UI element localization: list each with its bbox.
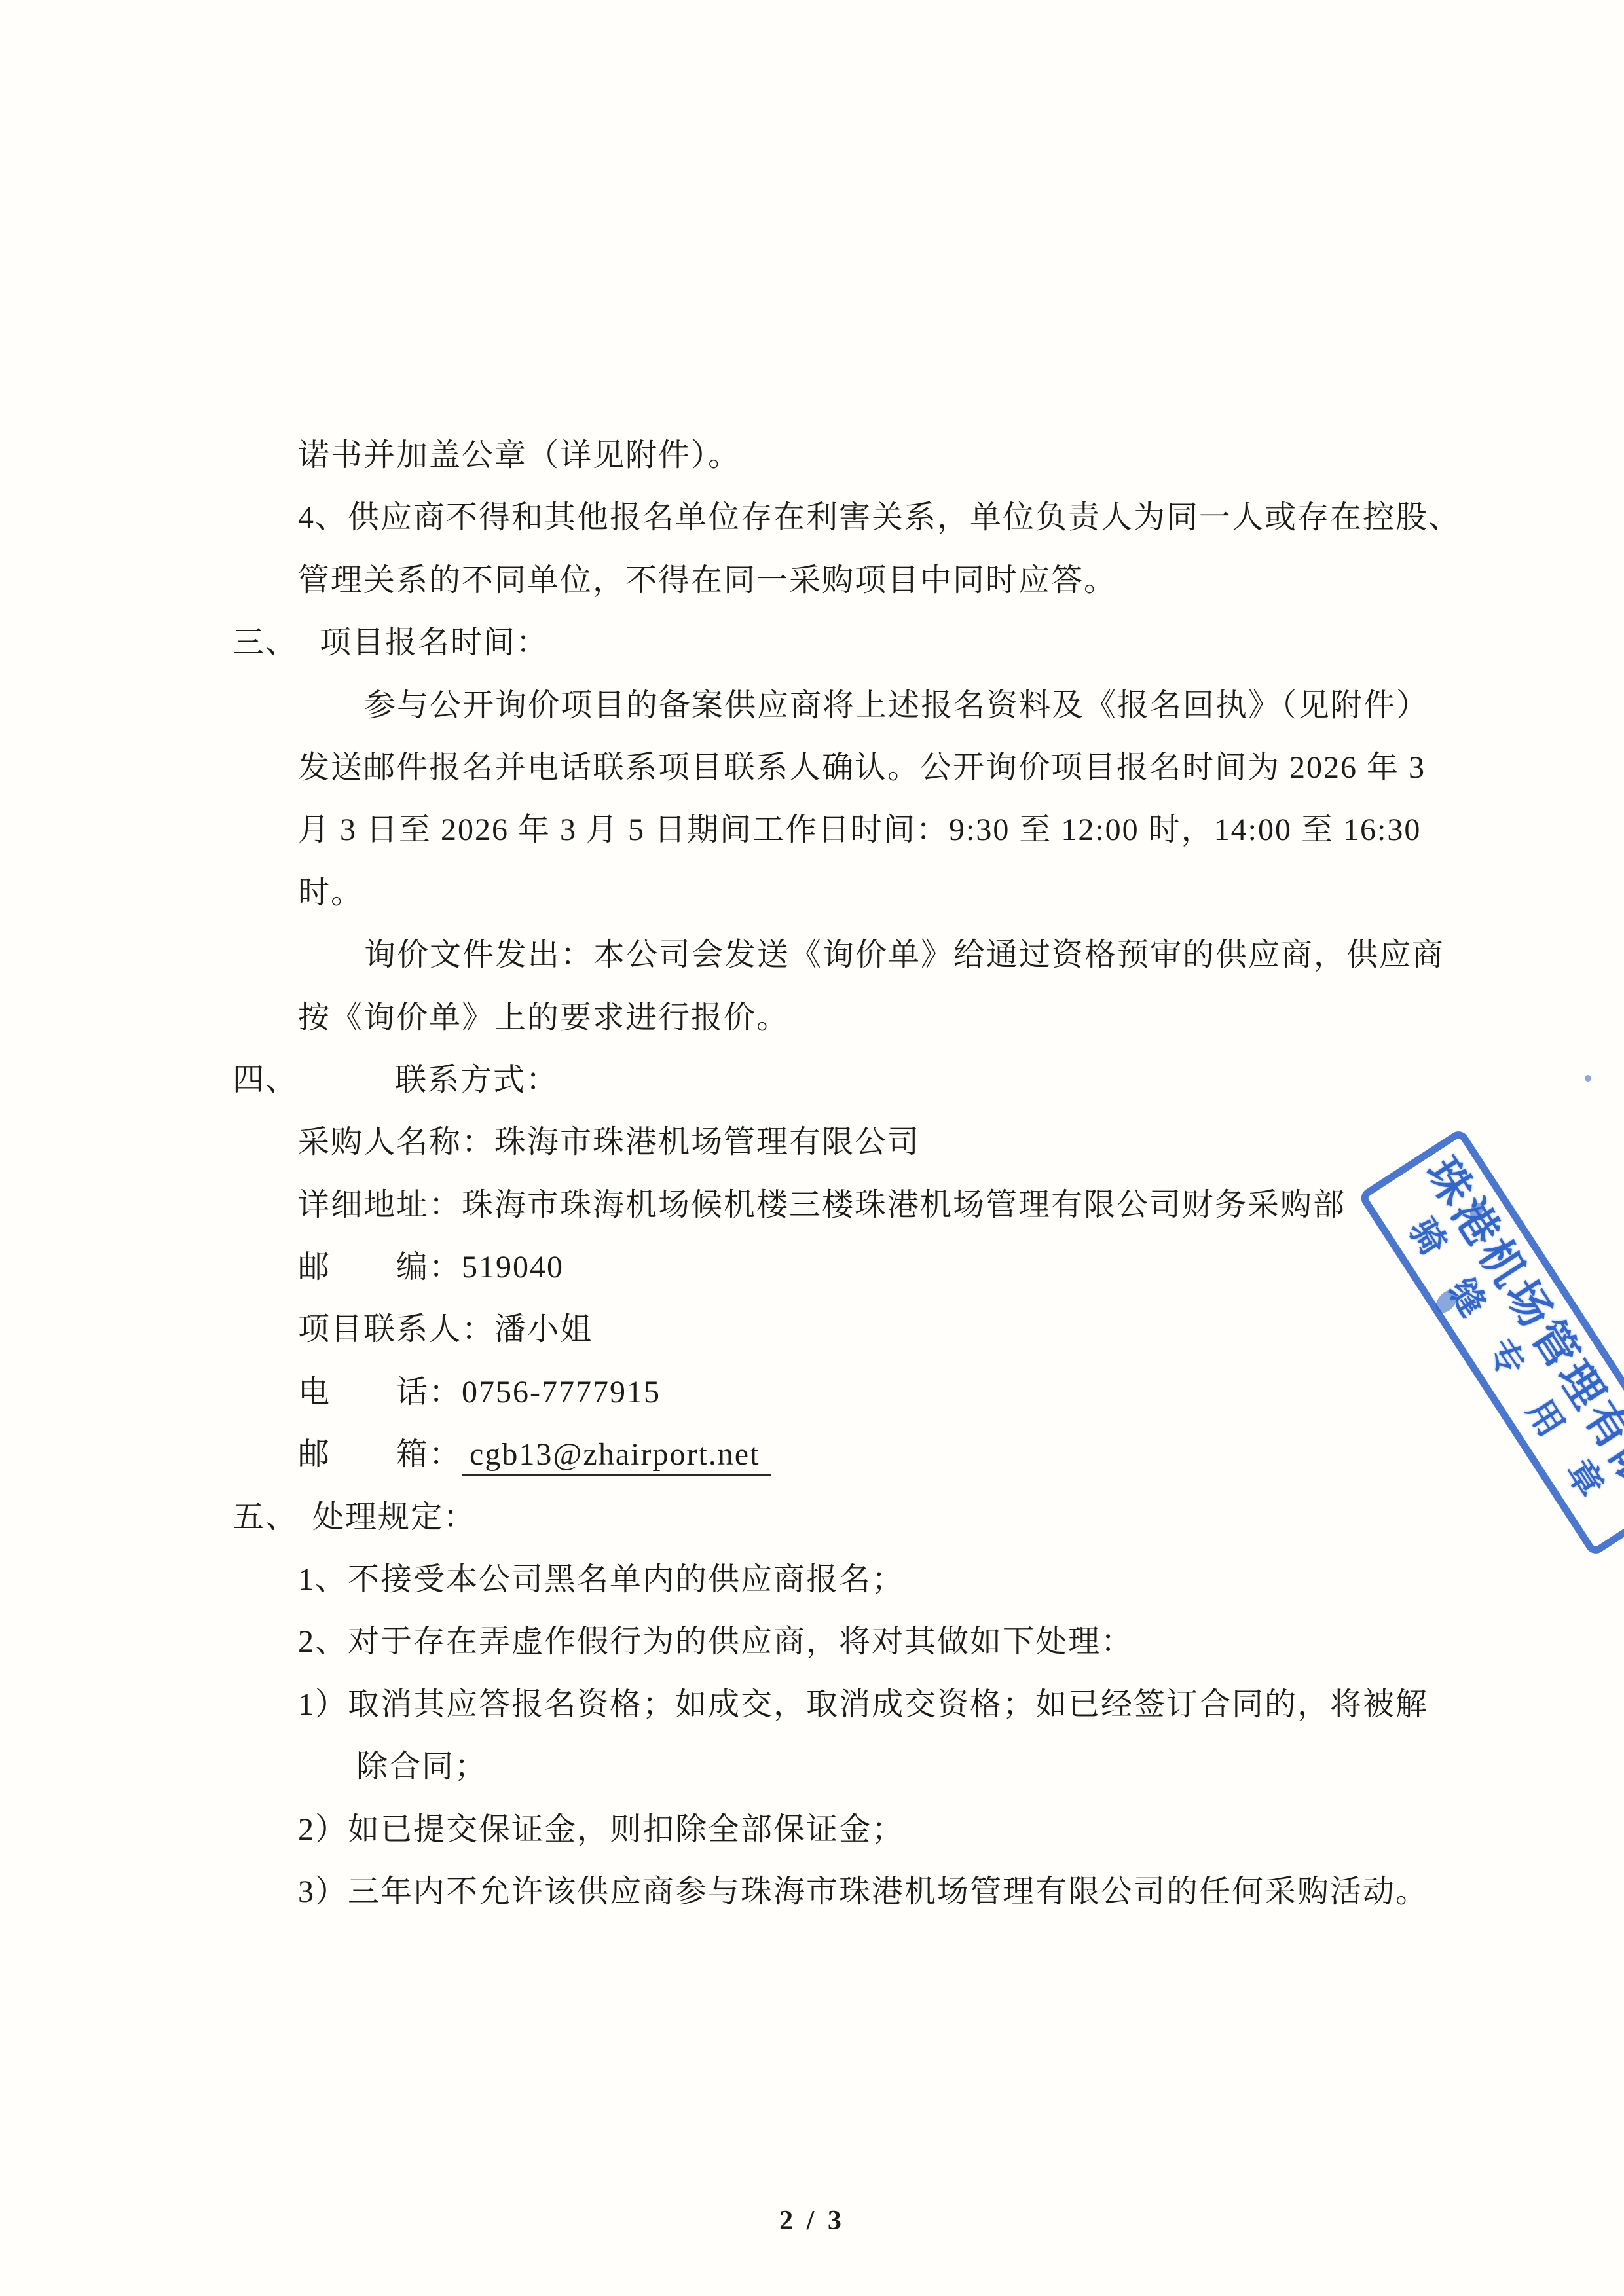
email-label: 邮 箱： (298, 1437, 462, 1472)
text-line: 除合同； (213, 1736, 1522, 1798)
text-line: 参与公开询价项目的备案供应商将上述报名资料及《报名回执》（见附件） (213, 674, 1522, 737)
section-number: 三、 (232, 611, 298, 674)
text-line: 四、联系方式： (213, 1049, 1522, 1111)
text-line: 详细地址：珠海市珠海机场候机楼三楼珠港机场管理有限公司财务采购部 (213, 1174, 1522, 1236)
section-number: 四、 (232, 1049, 298, 1111)
text-line: 三、项目报名时间： (213, 611, 1522, 674)
text-line: 发送邮件报名并电话联系项目联系人确认。公开询价项目报名时间为 2026 年 3 (213, 737, 1522, 799)
section-title: 处理规定： (312, 1486, 476, 1548)
text-line: 采购人名称：珠海市珠港机场管理有限公司 (213, 1111, 1522, 1173)
text-line: 电 话：0756-7777915 (213, 1361, 1522, 1423)
text-line: 月 3 日至 2026 年 3 月 5 日期间工作日时间：9:30 至 12:0… (213, 799, 1522, 861)
text-line: 诺书并加盖公章（详见附件）。 (213, 424, 1522, 486)
text-line: 管理关系的不同单位，不得在同一采购项目中同时应答。 (213, 549, 1522, 611)
text-line: 邮 编：519040 (213, 1236, 1522, 1298)
text-line: 邮 箱：cgb13@zhairport.net (213, 1423, 1522, 1485)
text-line: 按《询价单》上的要求进行报价。 (213, 987, 1522, 1049)
section-title: 项目报名时间： (320, 611, 549, 674)
ink-speckle (1585, 1075, 1591, 1082)
text-line: 1、不接受本公司黑名单内的供应商报名； (213, 1548, 1522, 1611)
text-line: 询价文件发出：本公司会发送《询价单》给通过资格预审的供应商，供应商 (213, 924, 1522, 986)
document-text-block: 诺书并加盖公章（详见附件）。4、供应商不得和其他报名单位存在利害关系，单位负责人… (213, 424, 1522, 1923)
section-number: 五、 (232, 1486, 298, 1548)
page-number: 2 / 3 (0, 2205, 1624, 2236)
text-line: 3）三年内不允许该供应商参与珠海市珠港机场管理有限公司的任何采购活动。 (213, 1861, 1522, 1923)
text-line: 时。 (213, 862, 1522, 924)
text-line: 五、处理规定： (213, 1486, 1522, 1548)
text-line: 2、对于存在弄虚作假行为的供应商，将对其做如下处理： (213, 1611, 1522, 1673)
scanned-document-page: 诺书并加盖公章（详见附件）。4、供应商不得和其他报名单位存在利害关系，单位负责人… (0, 0, 1624, 2296)
text-line: 项目联系人：潘小姐 (213, 1298, 1522, 1360)
text-line: 4、供应商不得和其他报名单位存在利害关系，单位负责人为同一人或存在控股、 (213, 486, 1522, 549)
section-title: 联系方式： (395, 1049, 559, 1111)
text-line: 2）如已提交保证金，则扣除全部保证金； (213, 1798, 1522, 1861)
text-line: 1）取消其应答报名资格；如成交，取消成交资格；如已经签订合同的，将被解 (213, 1673, 1522, 1736)
email-address: cgb13@zhairport.net (462, 1436, 771, 1476)
